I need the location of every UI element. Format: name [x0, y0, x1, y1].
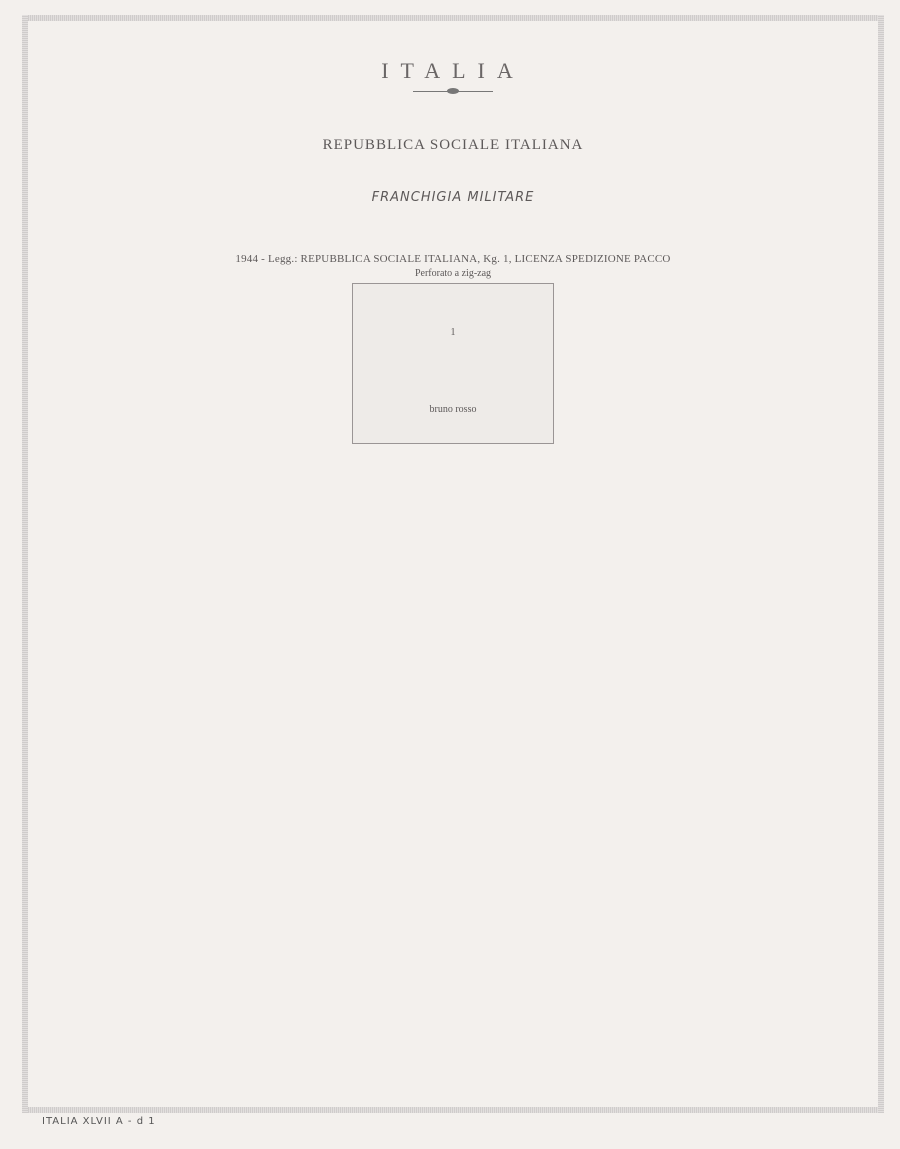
- stamp-number: 1: [353, 327, 553, 338]
- page-footer: ITALIA XLVII A - d 1: [42, 1116, 156, 1127]
- page-border: [22, 15, 884, 1113]
- title-ornament: [413, 88, 493, 94]
- page-title: ITALIA: [0, 58, 900, 84]
- issue-perforation: Perforato a zig-zag: [0, 268, 900, 279]
- section-heading: FRANCHIGIA MILITARE: [0, 190, 900, 205]
- page-subtitle: REPUBBLICA SOCIALE ITALIANA: [0, 137, 900, 154]
- issue-description: 1944 - Legg.: REPUBBLICA SOCIALE ITALIAN…: [0, 253, 900, 265]
- ornament-center: [447, 88, 459, 94]
- stamp-color: bruno rosso: [353, 404, 553, 415]
- stamp-slot: 1 bruno rosso: [352, 283, 554, 444]
